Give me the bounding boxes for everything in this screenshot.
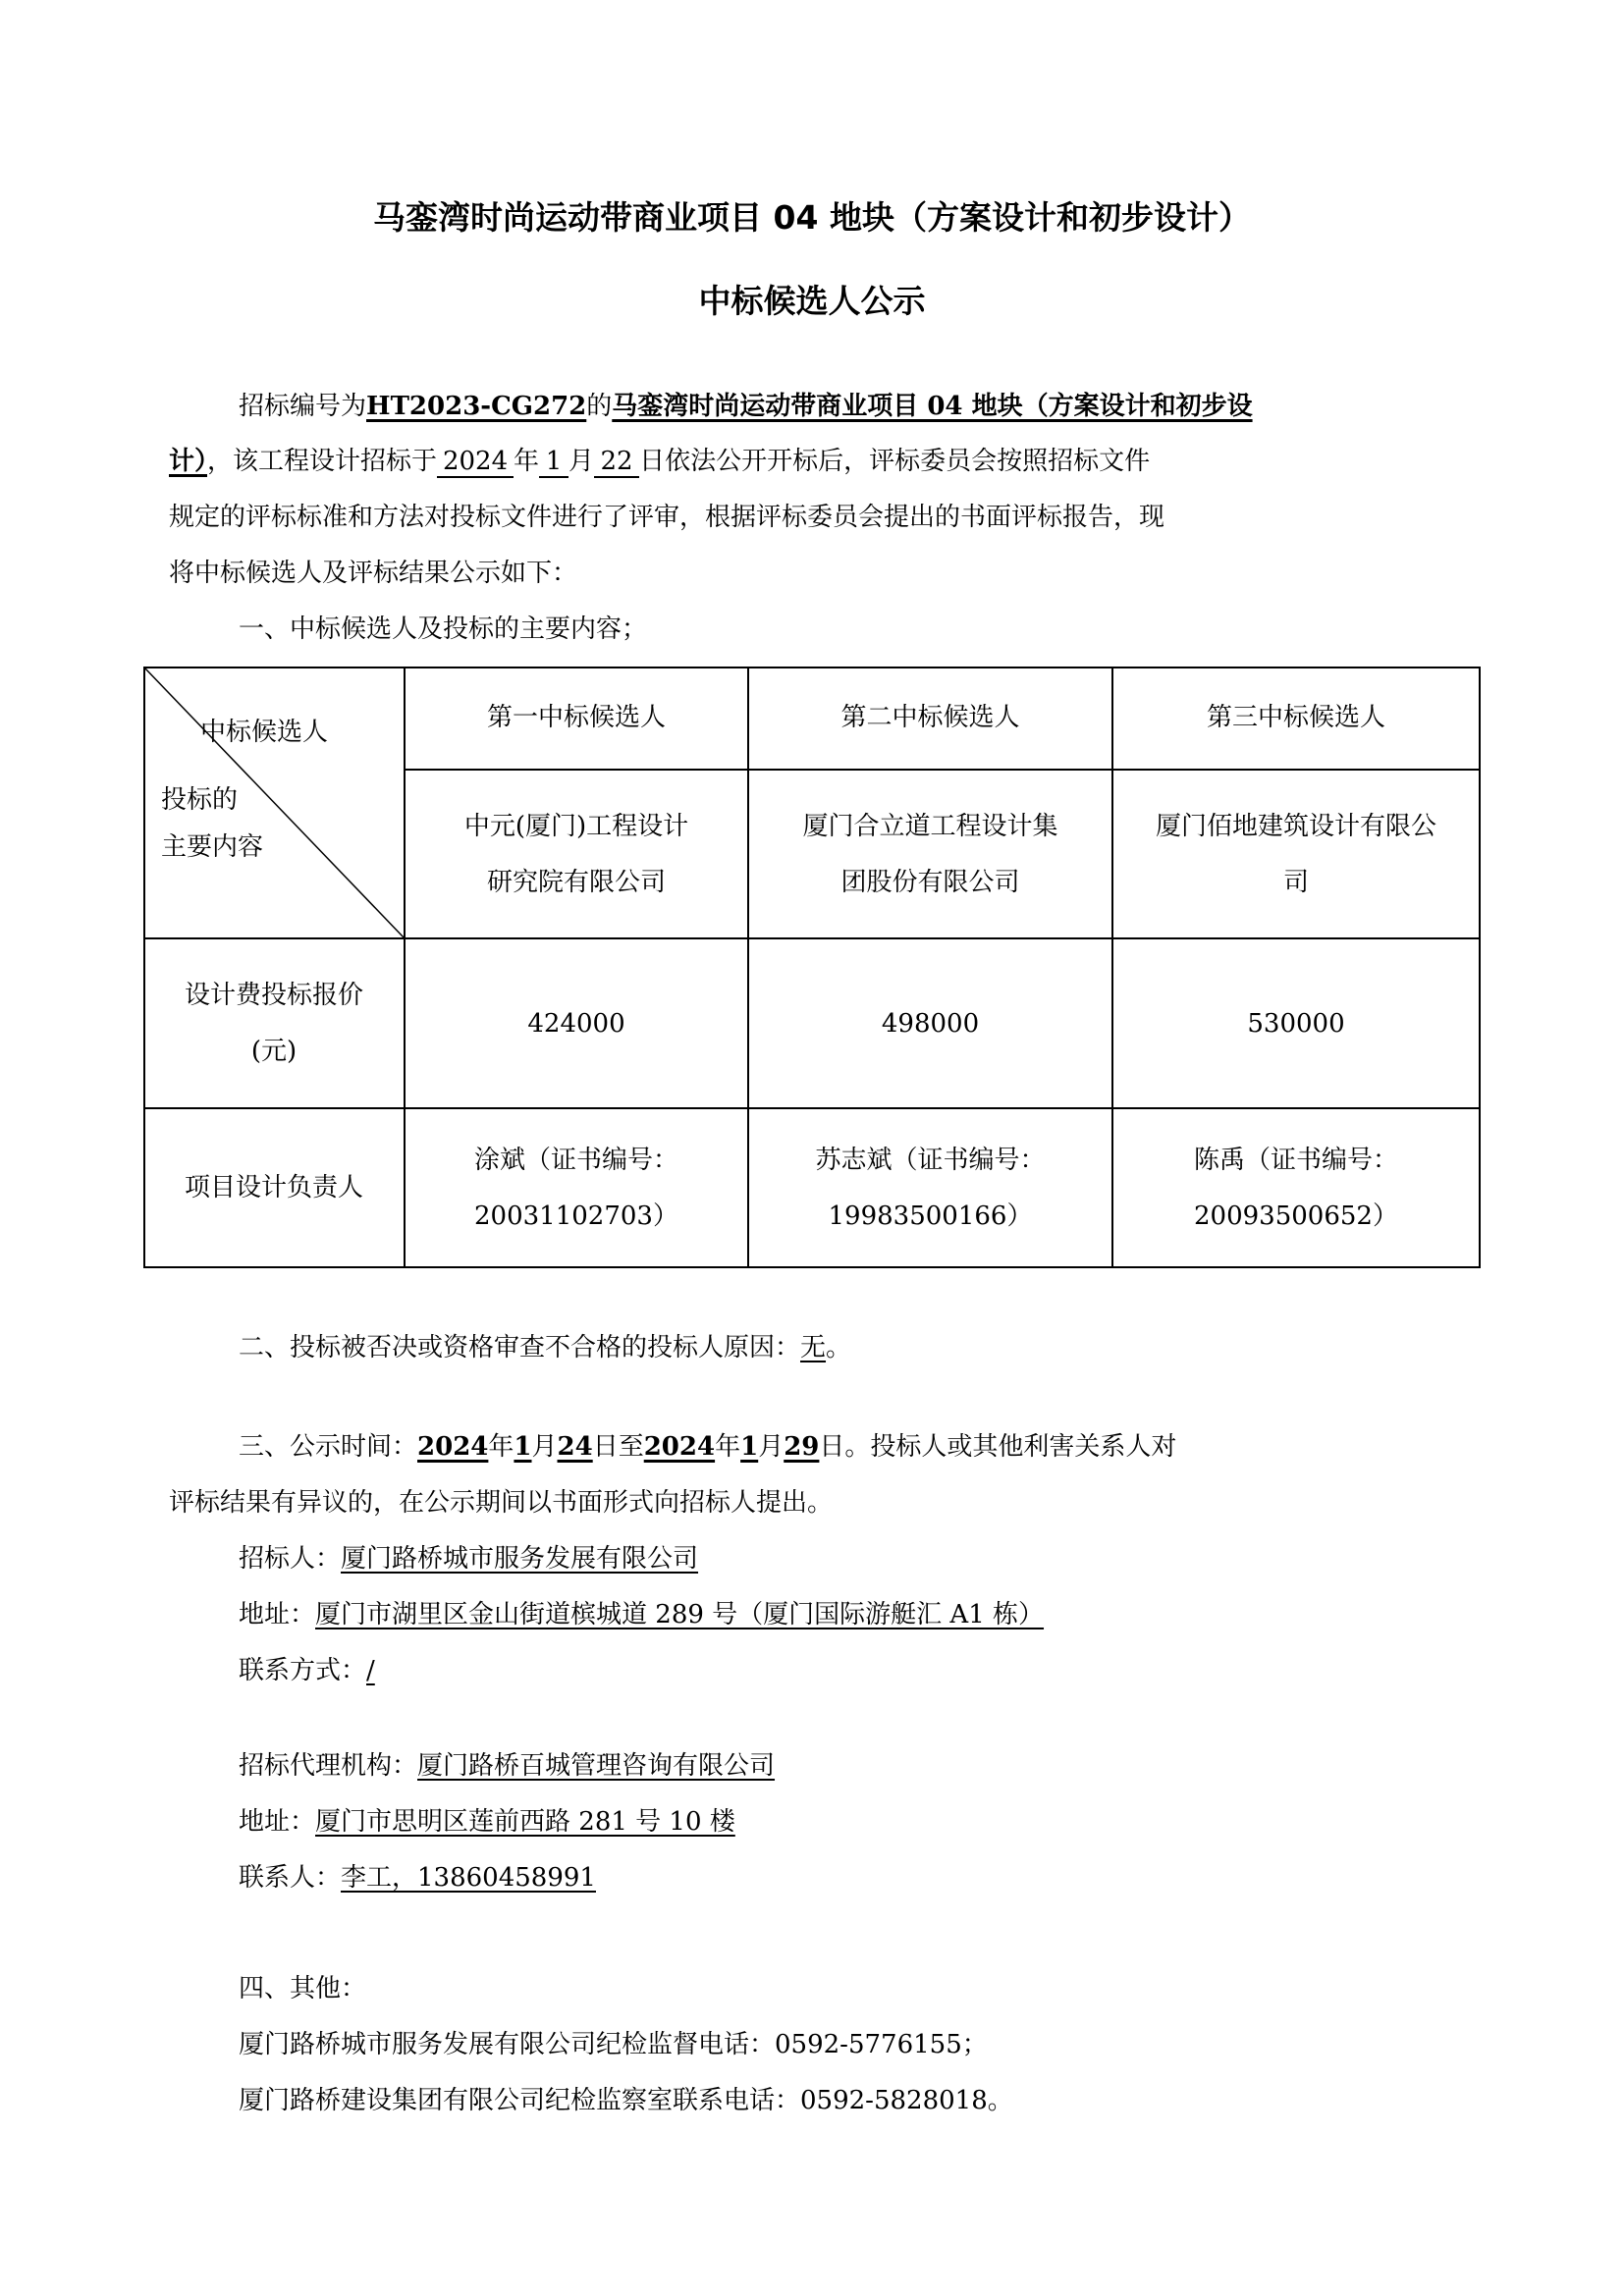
tenderer-address-label: 地址： bbox=[239, 1600, 315, 1629]
company-second: 厦门合立道工程设计集 团股份有限公司 bbox=[748, 771, 1112, 938]
section-3-text: 月 bbox=[532, 1432, 558, 1462]
tenderer-contact-row: 联系方式：/ bbox=[239, 1654, 1554, 1687]
corner-header-top: 中标候选人 bbox=[200, 712, 328, 748]
section-4-heading: 四、其他： bbox=[239, 1972, 1554, 2005]
intro-line-3: 规定的评标标准和方法对投标文件进行了评审，根据评标委员会提出的书面评标报告，现 bbox=[169, 501, 1485, 534]
price-second: 498000 bbox=[748, 939, 1112, 1108]
company-name-line: 厦门合立道工程设计集 bbox=[802, 799, 1057, 855]
manager-line: 19983500166） bbox=[829, 1189, 1033, 1245]
section-3-text: 年 bbox=[715, 1432, 740, 1462]
price-label-line: (元) bbox=[251, 1024, 297, 1080]
price-first: 424000 bbox=[405, 939, 748, 1108]
agent-contact-label: 联系人： bbox=[239, 1863, 341, 1893]
header-third-candidate: 第三中标候选人 bbox=[1112, 667, 1480, 770]
manager-line: 20031102703） bbox=[474, 1189, 678, 1245]
manager-second: 苏志斌（证书编号： 19983500166） bbox=[748, 1109, 1112, 1267]
company-third: 厦门佰地建筑设计有限公 司 bbox=[1112, 771, 1480, 938]
end-day: 29 bbox=[784, 1432, 819, 1462]
intro-text: 日依法公开开标后，评标委员会按照招标文件 bbox=[639, 447, 1150, 476]
company-name-line: 团股份有限公司 bbox=[840, 855, 1019, 911]
manager-first: 涂斌（证书编号： 20031102703） bbox=[405, 1109, 748, 1267]
intro-text: 年 bbox=[514, 447, 539, 476]
document-title: 马銮湾时尚运动带商业项目 04 地块（方案设计和初步设计） bbox=[0, 192, 1624, 239]
corner-header-bottom: 投标的 主要内容 bbox=[161, 776, 263, 871]
intro-text: 的 bbox=[586, 392, 612, 421]
agent-address-label: 地址： bbox=[239, 1807, 315, 1837]
agent-address-row: 地址：厦门市思明区莲前西路 281 号 10 楼 bbox=[239, 1805, 1554, 1839]
agent-name-row: 招标代理机构：厦门路桥百城管理咨询有限公司 bbox=[239, 1749, 1554, 1783]
agent-address: 厦门市思明区莲前西路 281 号 10 楼 bbox=[315, 1807, 735, 1837]
manager-label: 项目设计负责人 bbox=[143, 1109, 405, 1267]
tenderer-contact-label: 联系方式： bbox=[239, 1656, 366, 1685]
price-label: 设计费投标报价 (元) bbox=[143, 939, 405, 1108]
section-3-line-1: 三、公示时间：2024年1月24日至2024年1月29日。投标人或其他利害关系人… bbox=[239, 1430, 1554, 1464]
section-2-text: 二、投标被否决或资格审查不合格的投标人原因： bbox=[239, 1333, 800, 1362]
tenderer-contact: / bbox=[366, 1656, 375, 1685]
supervision-phone-2: 厦门路桥建设集团有限公司纪检监察室联系电话：0592-5828018。 bbox=[239, 2084, 1554, 2117]
tenderer-name-row: 招标人：厦门路桥城市服务发展有限公司 bbox=[239, 1542, 1554, 1575]
end-month: 1 bbox=[740, 1432, 758, 1462]
intro-line-4: 将中标候选人及评标结果公示如下： bbox=[169, 557, 1485, 590]
manager-line: 20093500652） bbox=[1194, 1189, 1398, 1245]
manager-line: 苏志斌（证书编号： bbox=[815, 1133, 1045, 1189]
tenderer-address: 厦门市湖里区金山街道槟城道 289 号（厦门国际游艇汇 A1 栋） bbox=[315, 1600, 1044, 1629]
manager-line: 涂斌（证书编号： bbox=[474, 1133, 678, 1189]
section-3-text: 日。投标人或其他利害关系人对 bbox=[819, 1432, 1176, 1462]
tenderer-address-row: 地址：厦门市湖里区金山街道槟城道 289 号（厦门国际游艇汇 A1 栋） bbox=[239, 1598, 1554, 1631]
candidates-table: 中标候选人 投标的 主要内容 第一中标候选人 第二中标候选人 第三中标候选人 中… bbox=[143, 667, 1481, 1268]
corner-label-line: 主要内容 bbox=[161, 824, 263, 871]
intro-line-1: 招标编号为HT2023-CG272的马銮湾时尚运动带商业项目 04 地块（方案设… bbox=[239, 390, 1554, 423]
start-year: 2024 bbox=[417, 1432, 488, 1462]
agent-name: 厦门路桥百城管理咨询有限公司 bbox=[417, 1751, 775, 1781]
agent-contact-row: 联系人：李工，13860458991 bbox=[239, 1861, 1554, 1895]
section-3-text: 年 bbox=[488, 1432, 514, 1462]
project-name-cont: 计） bbox=[169, 447, 207, 476]
section-2: 二、投标被否决或资格审查不合格的投标人原因：无。 bbox=[239, 1331, 1554, 1364]
section-3-text: 三、公示时间： bbox=[239, 1432, 417, 1462]
manager-third: 陈禹（证书编号： 20093500652） bbox=[1112, 1109, 1480, 1267]
supervision-phone-1: 厦门路桥城市服务发展有限公司纪检监督电话：0592-5776155； bbox=[239, 2028, 1554, 2061]
company-name-line: 司 bbox=[1283, 855, 1309, 911]
manager-line: 陈禹（证书编号： bbox=[1194, 1133, 1398, 1189]
open-month: 1 bbox=[539, 447, 568, 478]
section-3-text: 月 bbox=[758, 1432, 784, 1462]
end-year: 2024 bbox=[644, 1432, 715, 1462]
agent-label: 招标代理机构： bbox=[239, 1751, 417, 1781]
intro-text: ，该工程设计招标于 bbox=[207, 447, 437, 476]
section-2-end: 。 bbox=[826, 1333, 851, 1362]
open-day: 22 bbox=[594, 447, 639, 478]
intro-line-2: 计），该工程设计招标于2024年1月22日依法公开开标后，评标委员会按照招标文件 bbox=[169, 445, 1485, 478]
corner-label-line: 投标的 bbox=[161, 776, 263, 824]
price-third: 530000 bbox=[1112, 939, 1480, 1108]
company-first: 中元(厦门)工程设计 研究院有限公司 bbox=[405, 771, 748, 938]
intro-text: 招标编号为 bbox=[239, 392, 366, 421]
start-day: 24 bbox=[558, 1432, 593, 1462]
tenderer-name: 厦门路桥城市服务发展有限公司 bbox=[341, 1544, 698, 1574]
section-1-heading: 一、中标候选人及投标的主要内容； bbox=[239, 613, 1554, 646]
section-3-line-2: 评标结果有异议的，在公示期间以书面形式向招标人提出。 bbox=[169, 1486, 1485, 1520]
document-subtitle: 中标候选人公示 bbox=[0, 276, 1624, 322]
header-second-candidate: 第二中标候选人 bbox=[748, 667, 1112, 770]
company-name-line: 研究院有限公司 bbox=[487, 855, 666, 911]
intro-text: 月 bbox=[568, 447, 594, 476]
bid-number: HT2023-CG272 bbox=[366, 392, 586, 421]
agent-contact: 李工，13860458991 bbox=[341, 1863, 596, 1893]
project-name: 马銮湾时尚运动带商业项目 04 地块（方案设计和初步设 bbox=[612, 392, 1252, 421]
start-month: 1 bbox=[514, 1432, 531, 1462]
section-3-text: 日至 bbox=[593, 1432, 644, 1462]
company-name-line: 中元(厦门)工程设计 bbox=[464, 799, 688, 855]
open-year: 2024 bbox=[437, 447, 514, 478]
tenderer-label: 招标人： bbox=[239, 1544, 341, 1574]
header-first-candidate: 第一中标候选人 bbox=[405, 667, 748, 770]
rejection-reason: 无 bbox=[800, 1333, 826, 1362]
company-name-line: 厦门佰地建筑设计有限公 bbox=[1156, 799, 1436, 855]
price-label-line: 设计费投标报价 bbox=[185, 968, 363, 1024]
